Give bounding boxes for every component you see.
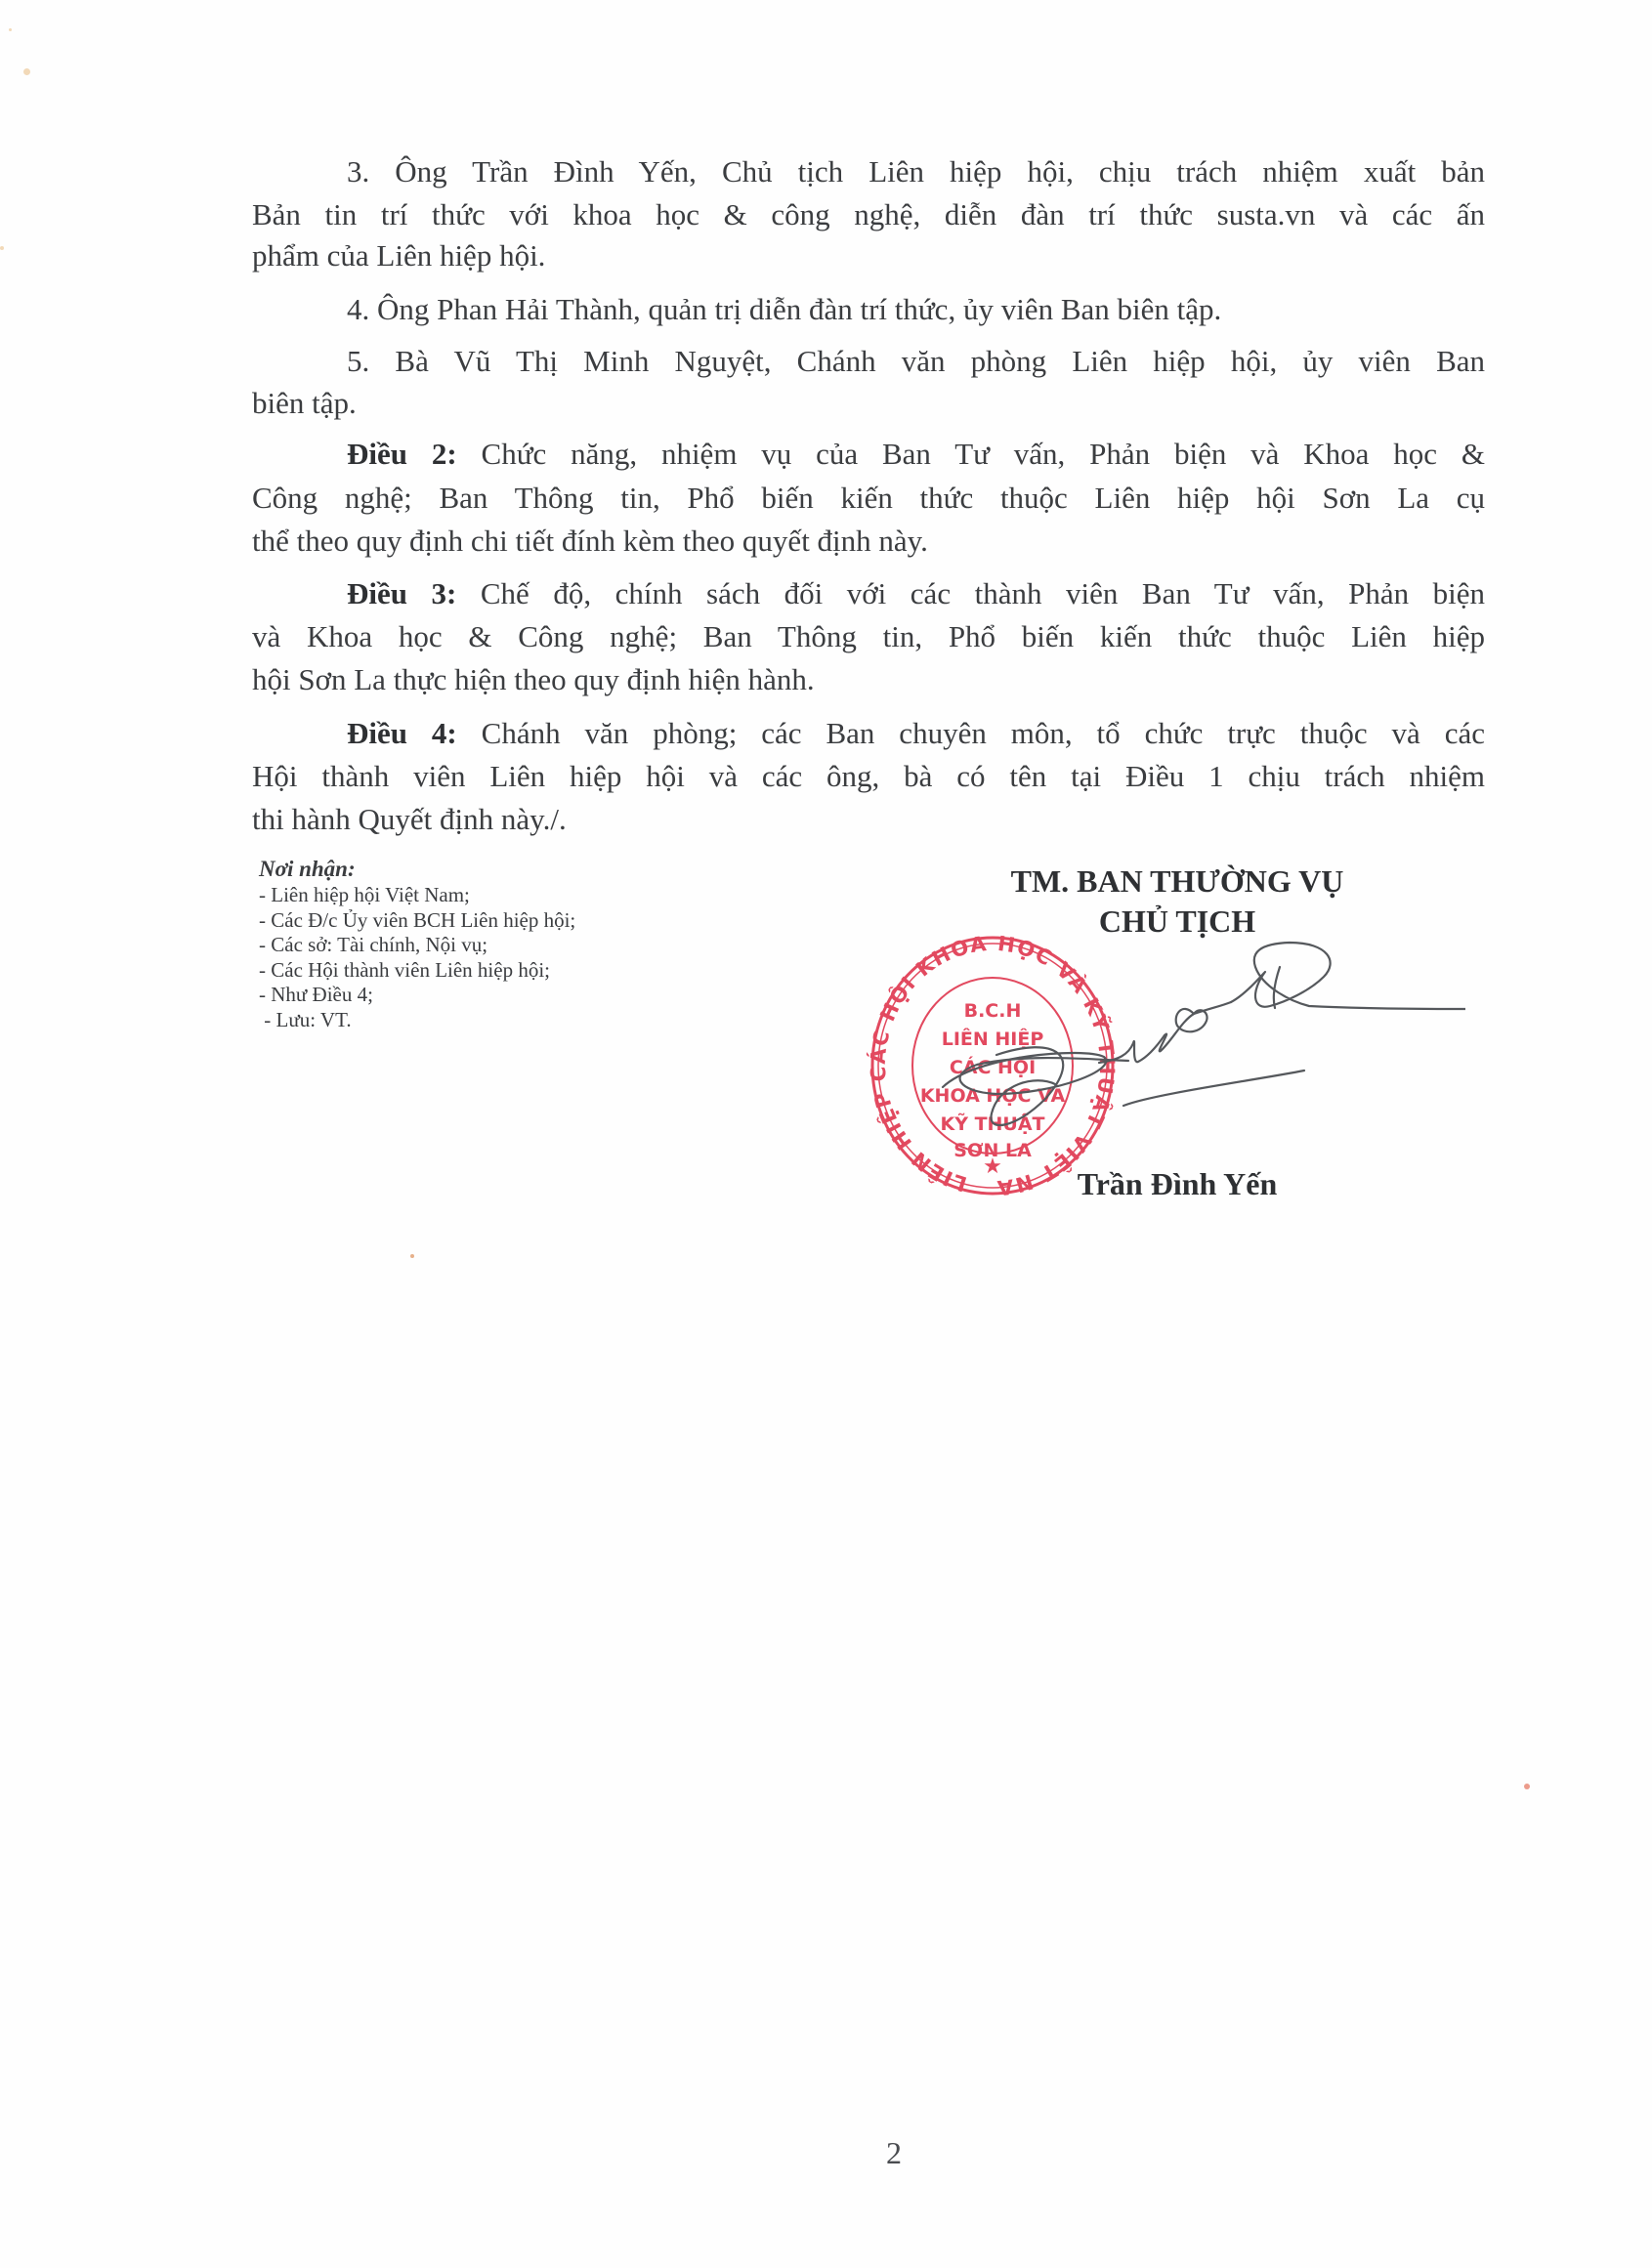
recipient-item: - Các Đ/c Ủy viên BCH Liên hiệp hội;	[259, 908, 575, 934]
recipients-block: Nơi nhận: - Liên hiệp hội Việt Nam; - Cá…	[259, 856, 575, 1032]
article-heading: Điều 4:	[347, 716, 457, 750]
seal-star-icon: ★	[983, 1154, 1002, 1178]
recipient-item: - Các sở: Tài chính, Nội vụ;	[259, 933, 575, 958]
recipient-item: - Liên hiệp hội Việt Nam;	[259, 883, 575, 908]
paper-speck	[0, 246, 4, 250]
recipient-item: - Lưu: VT.	[259, 1008, 575, 1033]
article-heading: Điều 3:	[347, 576, 456, 610]
body-text-line: 3. Ông Trần Đình Yến, Chủ tịch Liên hiệp…	[347, 154, 1485, 189]
body-text-line: và Khoa học & Công nghệ; Ban Thông tin, …	[252, 619, 1485, 654]
page-number: 2	[860, 2135, 928, 2171]
signature-role-line1: TM. BAN THƯỜNG VỤ	[957, 861, 1397, 902]
body-text-line: 4. Ông Phan Hải Thành, quản trị diễn đàn…	[347, 292, 1485, 327]
body-text-line: Điều 2: Chức năng, nhiệm vụ của Ban Tư v…	[347, 437, 1485, 472]
body-text-line: 5. Bà Vũ Thị Minh Nguyệt, Chánh văn phòn…	[347, 344, 1485, 379]
recipient-item: - Như Điều 4;	[259, 983, 575, 1008]
recipient-item: - Các Hội thành viên Liên hiệp hội;	[259, 958, 575, 984]
body-text-line: Hội thành viên Liên hiệp hội và các ông,…	[252, 759, 1485, 794]
body-text-line: thể theo quy định chi tiết đính kèm theo…	[252, 524, 1485, 559]
recipients-title: Nơi nhận:	[259, 856, 575, 883]
paper-speck	[410, 1254, 414, 1258]
article-heading: Điều 2:	[347, 437, 457, 471]
body-text-line: Điều 4: Chánh văn phòng; các Ban chuyên …	[347, 716, 1485, 751]
body-text-line: phẩm của Liên hiệp hội.	[252, 238, 1485, 273]
document-page: 3. Ông Trần Đình Yến, Chủ tịch Liên hiệp…	[0, 0, 1652, 2268]
body-text-line: Bản tin trí thức với khoa học & công ngh…	[252, 197, 1485, 232]
paper-speck	[1524, 1784, 1530, 1789]
body-text-line: Điều 3: Chế độ, chính sách đối với các t…	[347, 576, 1485, 611]
paper-speck	[9, 28, 12, 31]
handwritten-signature	[938, 938, 1465, 1153]
paper-speck	[23, 68, 30, 75]
body-text-line: biên tập.	[252, 386, 1485, 421]
signer-name: Trần Đình Yến	[1031, 1164, 1324, 1203]
body-text-line: hội Sơn La thực hiện theo quy định hiện …	[252, 662, 1485, 697]
body-text-line: Công nghệ; Ban Thông tin, Phổ biến kiến …	[252, 481, 1485, 516]
body-text-line: thi hành Quyết định này./.	[252, 802, 1485, 837]
